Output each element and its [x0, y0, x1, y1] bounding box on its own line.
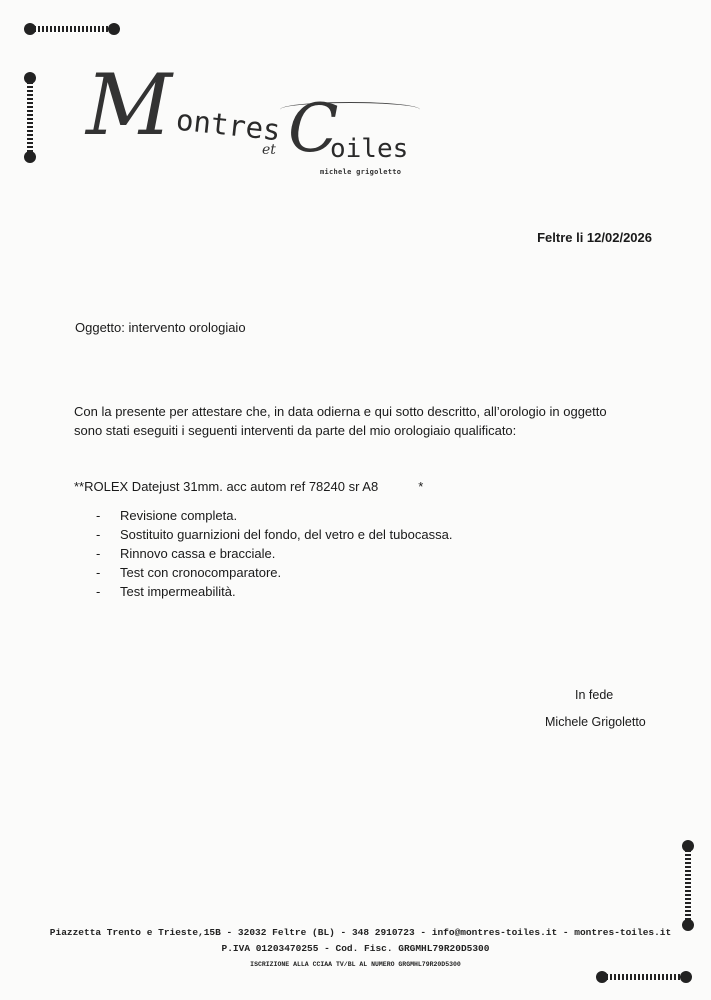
logo-word-montres: ontres	[175, 103, 283, 148]
bullet-dash: -	[96, 544, 120, 563]
subject-line: Oggetto: intervento orologiaio	[75, 320, 246, 335]
list-item-text: Test impermeabilità.	[120, 582, 236, 601]
body-paragraph: Con la presente per attestare che, in da…	[74, 402, 674, 440]
company-logo: M ontres et C oiles michele grigoletto	[80, 62, 420, 187]
rope-ornament-top-left-horizontal	[22, 20, 122, 38]
watch-description-suffix: *	[418, 479, 423, 494]
bullet-dash: -	[96, 563, 120, 582]
closing-salutation: In fede	[575, 688, 613, 702]
redacted-serial	[378, 479, 418, 491]
list-item: -Test impermeabilità.	[96, 582, 452, 601]
bullet-dash: -	[96, 582, 120, 601]
footer-address: Piazzetta Trento e Trieste,15B - 32032 F…	[5, 927, 711, 938]
body-line-2: sono stati eseguiti i seguenti intervent…	[74, 421, 674, 440]
list-item-text: Test con cronocomparatore.	[120, 563, 281, 582]
body-line-1: Con la presente per attestare che, in da…	[74, 402, 674, 421]
list-item-text: Revisione completa.	[120, 506, 237, 525]
list-item: -Sostituito guarnizioni del fondo, del v…	[96, 525, 452, 544]
watch-description: **ROLEX Datejust 31mm. acc autom ref 782…	[74, 479, 423, 494]
signer-name: Michele Grigoletto	[545, 715, 646, 729]
logo-subtitle: michele grigoletto	[320, 168, 401, 176]
logo-word-toiles: oiles	[330, 134, 408, 164]
watch-description-text: **ROLEX Datejust 31mm. acc autom ref 782…	[74, 479, 378, 494]
footer-registry: ISCRIZIONE ALLA CCIAA TV/BL AL NUMERO GR…	[0, 961, 711, 968]
logo-initial-m: M	[86, 56, 170, 154]
list-item-text: Sostituito guarnizioni del fondo, del ve…	[120, 525, 452, 544]
date-line: Feltre li 12/02/2026	[537, 230, 652, 245]
rope-ornament-top-left-vertical	[22, 70, 38, 165]
list-item-text: Rinnovo cassa e bracciale.	[120, 544, 275, 563]
rope-ornament-bottom-right-horizontal	[594, 968, 694, 986]
logo-connector: et	[262, 142, 276, 158]
bullet-dash: -	[96, 506, 120, 525]
interventions-list: -Revisione completa. -Sostituito guarniz…	[96, 506, 452, 601]
list-item: -Test con cronocomparatore.	[96, 563, 452, 582]
bullet-dash: -	[96, 525, 120, 544]
list-item: -Revisione completa.	[96, 506, 452, 525]
footer-tax-info: P.IVA 01203470255 - Cod. Fisc. GRGMHL79R…	[0, 943, 711, 954]
rope-ornament-bottom-right-vertical	[680, 838, 696, 933]
list-item: -Rinnovo cassa e bracciale.	[96, 544, 452, 563]
